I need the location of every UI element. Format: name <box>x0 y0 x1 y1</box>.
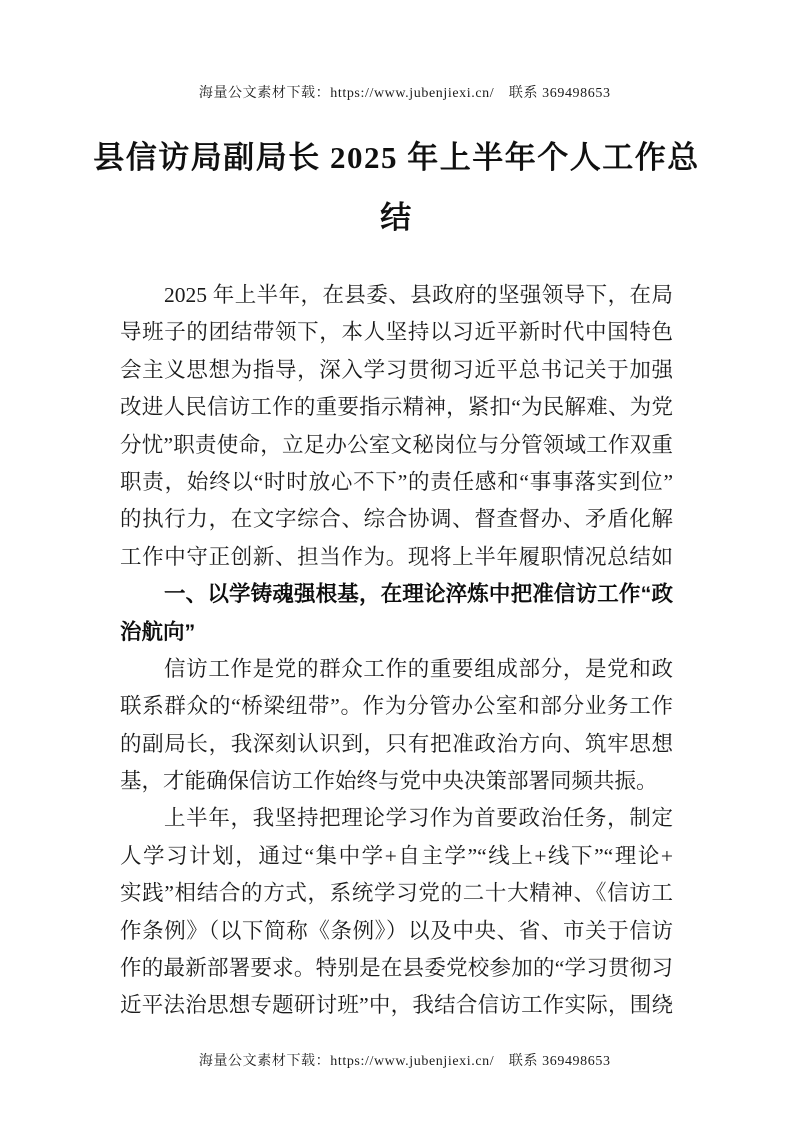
text-line: 信访工作是党的群众工作的重要组成部分，是党和政府 <box>120 651 673 688</box>
text-line: 作条例》（以下简称《条例》）以及中央、省、市关于信访工 <box>120 913 673 950</box>
text-line: 的副局长，我深刻认识到，只有把准政治方向、筑牢思想根 <box>120 726 673 763</box>
text-line: 人学习计划，通过“集中学+自主学”“线上+线下”“理论+ <box>120 838 673 875</box>
heading-line: 治航向” <box>120 614 673 651</box>
document-title: 县信访局副局长 2025 年上半年个人工作总结 <box>60 128 733 248</box>
text-line: 近平法治思想专题研讨班”中，我结合信访工作实际，围绕 <box>120 987 673 1024</box>
text-line: 会主义思想为指导，深入学习贯彻习近平总书记关于加强和 <box>120 352 673 389</box>
paragraph: 信访工作是党的群众工作的重要组成部分，是党和政府联系群众的“桥梁纽带”。作为分管… <box>120 651 673 801</box>
text-line: 分忧”职责使命，立足办公室文秘岗位与分管领域工作双重 <box>120 427 673 464</box>
text-line: 联系群众的“桥梁纽带”。作为分管办公室和部分业务工作 <box>120 688 673 725</box>
text-line: 改进人民信访工作的重要指示精神，紧扣“为民解难、为党 <box>120 389 673 426</box>
text-line: 作的最新部署要求。特别是在县委党校参加的“学习贯彻习 <box>120 950 673 987</box>
text-line: 基，才能确保信访工作始终与党中央决策部署同频共振。 <box>120 763 673 800</box>
text-line: 2025 年上半年，在县委、县政府的坚强领导下，在局领 <box>120 277 673 314</box>
title-line: 结 <box>60 188 733 248</box>
heading-line: 一、以学铸魂强根基，在理论淬炼中把准信访工作“政 <box>120 576 673 613</box>
header-watermark: 海量公文素材下载：https://www.jubenjiexi.cn/ 联系 3… <box>0 66 793 118</box>
header-watermark-text: 海量公文素材下载：https://www.jubenjiexi.cn/ 联系 3… <box>199 86 611 101</box>
paragraph: 2025 年上半年，在县委、县政府的坚强领导下，在局领导班子的团结带领下，本人坚… <box>120 277 673 576</box>
text-line: 工作中守正创新、担当作为。现将上半年履职情况总结如下： <box>120 539 673 576</box>
title-line: 县信访局副局长 2025 年上半年个人工作总 <box>60 128 733 188</box>
document-page: 海量公文素材下载：https://www.jubenjiexi.cn/ 联系 3… <box>0 0 793 1122</box>
text-line: 的执行力，在文字综合、综合协调、督查督办、矛盾化解等 <box>120 501 673 538</box>
footer-watermark: 海量公文素材下载：https://www.jubenjiexi.cn/ 联系 3… <box>0 1034 793 1086</box>
text-line: 导班子的团结带领下，本人坚持以习近平新时代中国特色社 <box>120 314 673 351</box>
text-line: 职责，始终以“时时放心不下”的责任感和“事事落实到位” <box>120 464 673 501</box>
document-body: 2025 年上半年，在县委、县政府的坚强领导下，在局领导班子的团结带领下，本人坚… <box>120 277 673 1025</box>
paragraph: 上半年，我坚持把理论学习作为首要政治任务，制定个人学习计划，通过“集中学+自主学… <box>120 800 673 1024</box>
text-line: 上半年，我坚持把理论学习作为首要政治任务，制定个 <box>120 800 673 837</box>
text-line: 实践”相结合的方式，系统学习党的二十大精神、《信访工 <box>120 875 673 912</box>
section-heading: 一、以学铸魂强根基，在理论淬炼中把准信访工作“政治航向” <box>120 576 673 651</box>
footer-watermark-text: 海量公文素材下载：https://www.jubenjiexi.cn/ 联系 3… <box>199 1054 611 1069</box>
